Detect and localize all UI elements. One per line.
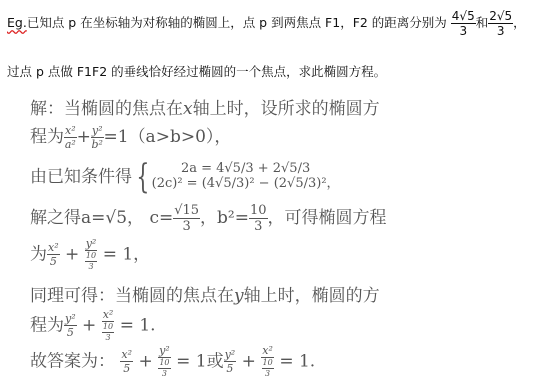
question-line-2: 过点 p 点做 F1F2 的垂线恰好经过椭圆的一个焦点，求此椭圆方程。 [7,62,386,80]
fraction-sqrt15-3: √153 [173,204,200,233]
connector-and: 和 [476,15,489,30]
equation-system: 2a = 4√5/3 + 2√5/3(2c)² = (4√5/3)² − (2√… [152,162,340,192]
left-brace-icon: { [136,160,149,194]
answer-b-fraction-1: y²5 [224,349,237,374]
question-text-1: 已知点 p 在坐标轴为对称轴的椭圆上，点 p 到两焦点 F1，F2 的距离分别为 [27,15,447,30]
fraction-y2-5: y²5 [64,313,77,338]
fraction-x2-10-3: x²103 [102,309,115,342]
fraction-10-3: 103 [249,204,268,233]
fraction-x2-a2: x²a² [64,125,77,150]
solution-line-4: 解之得a=√5， c=√153，b²=103，可得椭圆方程 [30,203,387,233]
solution-line-3: 由已知条件得{2a = 4√5/3 + 2√5/3(2c)² = (4√5/3)… [30,160,340,194]
answer-b-fraction-2: x²103 [261,345,274,378]
fraction-distance-1: 4√53 [451,10,476,37]
solution-line-7: 程为y²5 + x²103 = 1. [30,309,156,342]
solution-line-6: 同理可得：当椭圆的焦点在y轴上时，椭圆的方 [30,281,380,306]
answer-a-fraction-1: x²5 [120,349,133,374]
eg-label: Eg. [7,15,27,30]
fraction-y2-10-3: y²103 [85,238,98,271]
fraction-y2-b2: y²b² [91,125,104,150]
fraction-distance-2: 2√53 [488,10,513,37]
fraction-x2-5: x²5 [47,242,60,267]
answer-a-fraction-2: y²103 [158,345,171,378]
solution-line-5: 为x²5 + y²103 = 1， [30,238,150,271]
solution-line-8-answer: 故答案为： x²5 + y²103 = 1或y²5 + x²103 = 1. [30,345,315,378]
solution-line-1: 解：当椭圆的焦点在x轴上时，设所求的椭圆方 [30,94,380,119]
question-line-1: Eg.已知点 p 在坐标轴为对称轴的椭圆上，点 p 到两焦点 F1，F2 的距离… [7,10,526,37]
solution-line-2: 程为x²a²+y²b²=1（a>b>0）， [30,122,231,150]
